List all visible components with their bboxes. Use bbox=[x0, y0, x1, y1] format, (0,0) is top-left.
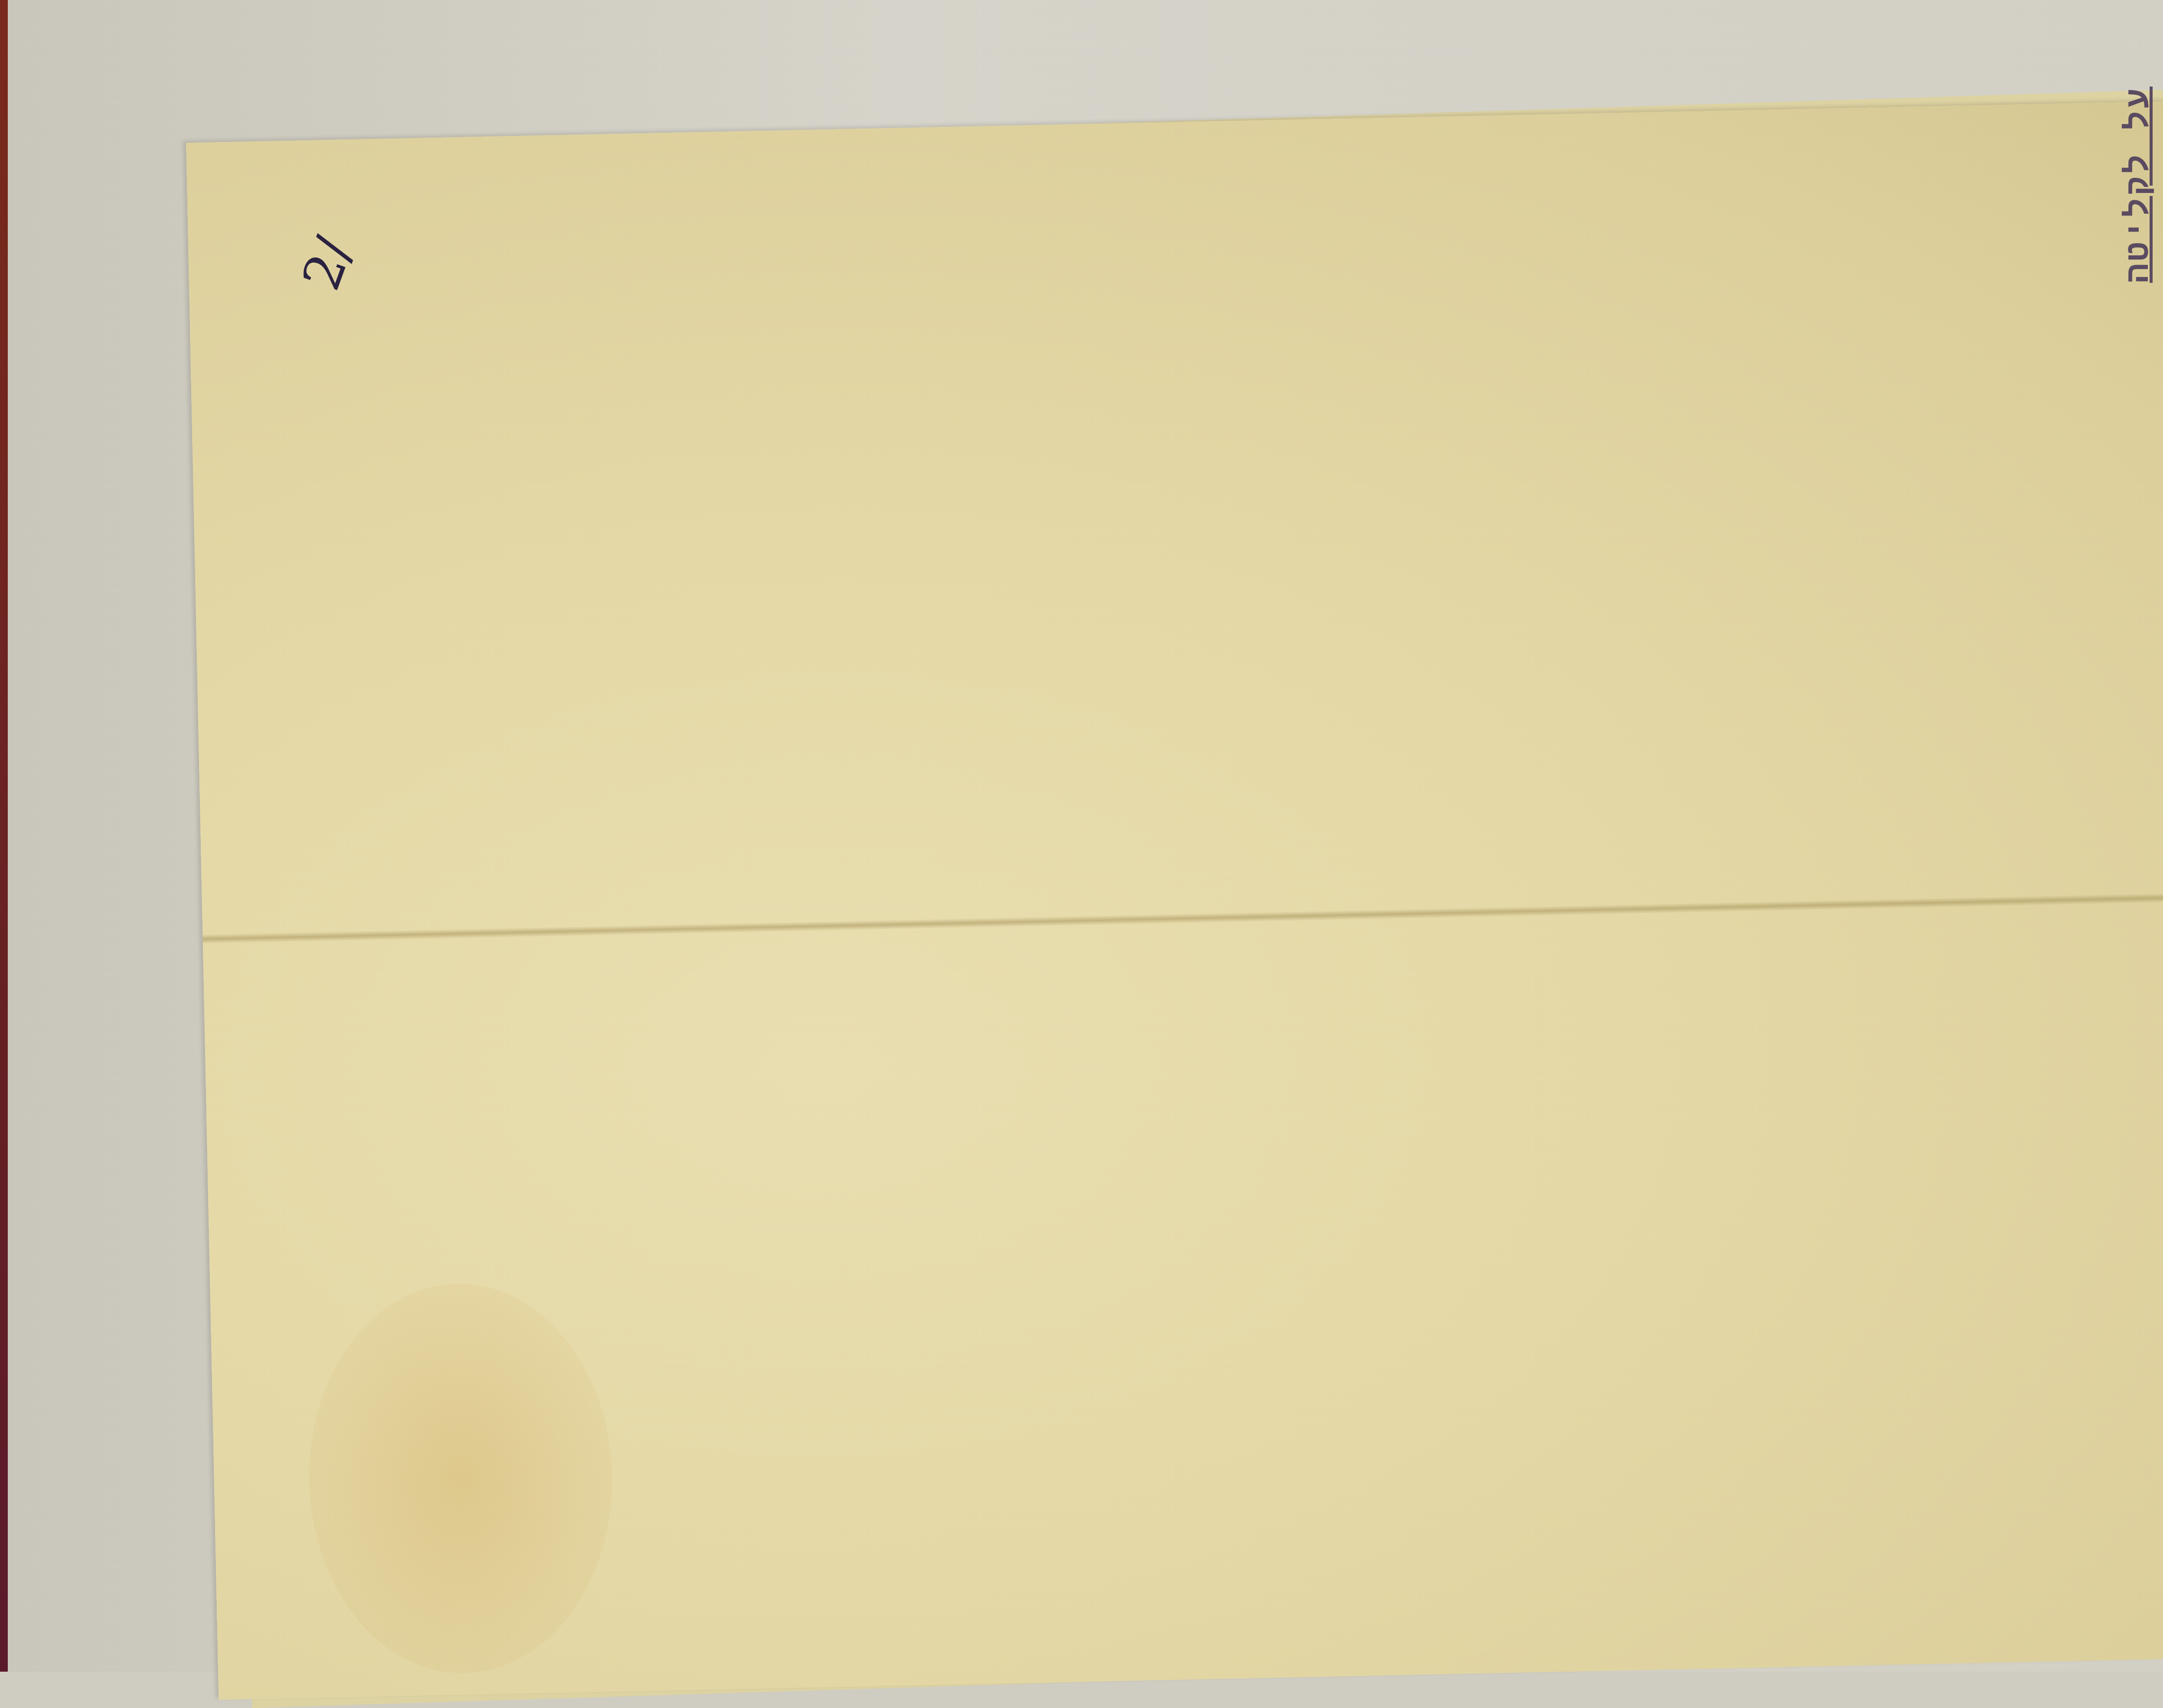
fold-crease bbox=[202, 891, 2163, 944]
document-sheet bbox=[186, 100, 2163, 1672]
typewritten-text: על לקליטה 1. המעונות על שם שעברו הערכת ה… bbox=[2111, 87, 2163, 1601]
folder-edge bbox=[0, 0, 8, 1672]
paper-stain bbox=[305, 1281, 616, 1672]
document-title: על לקליטה bbox=[2111, 87, 2163, 1601]
